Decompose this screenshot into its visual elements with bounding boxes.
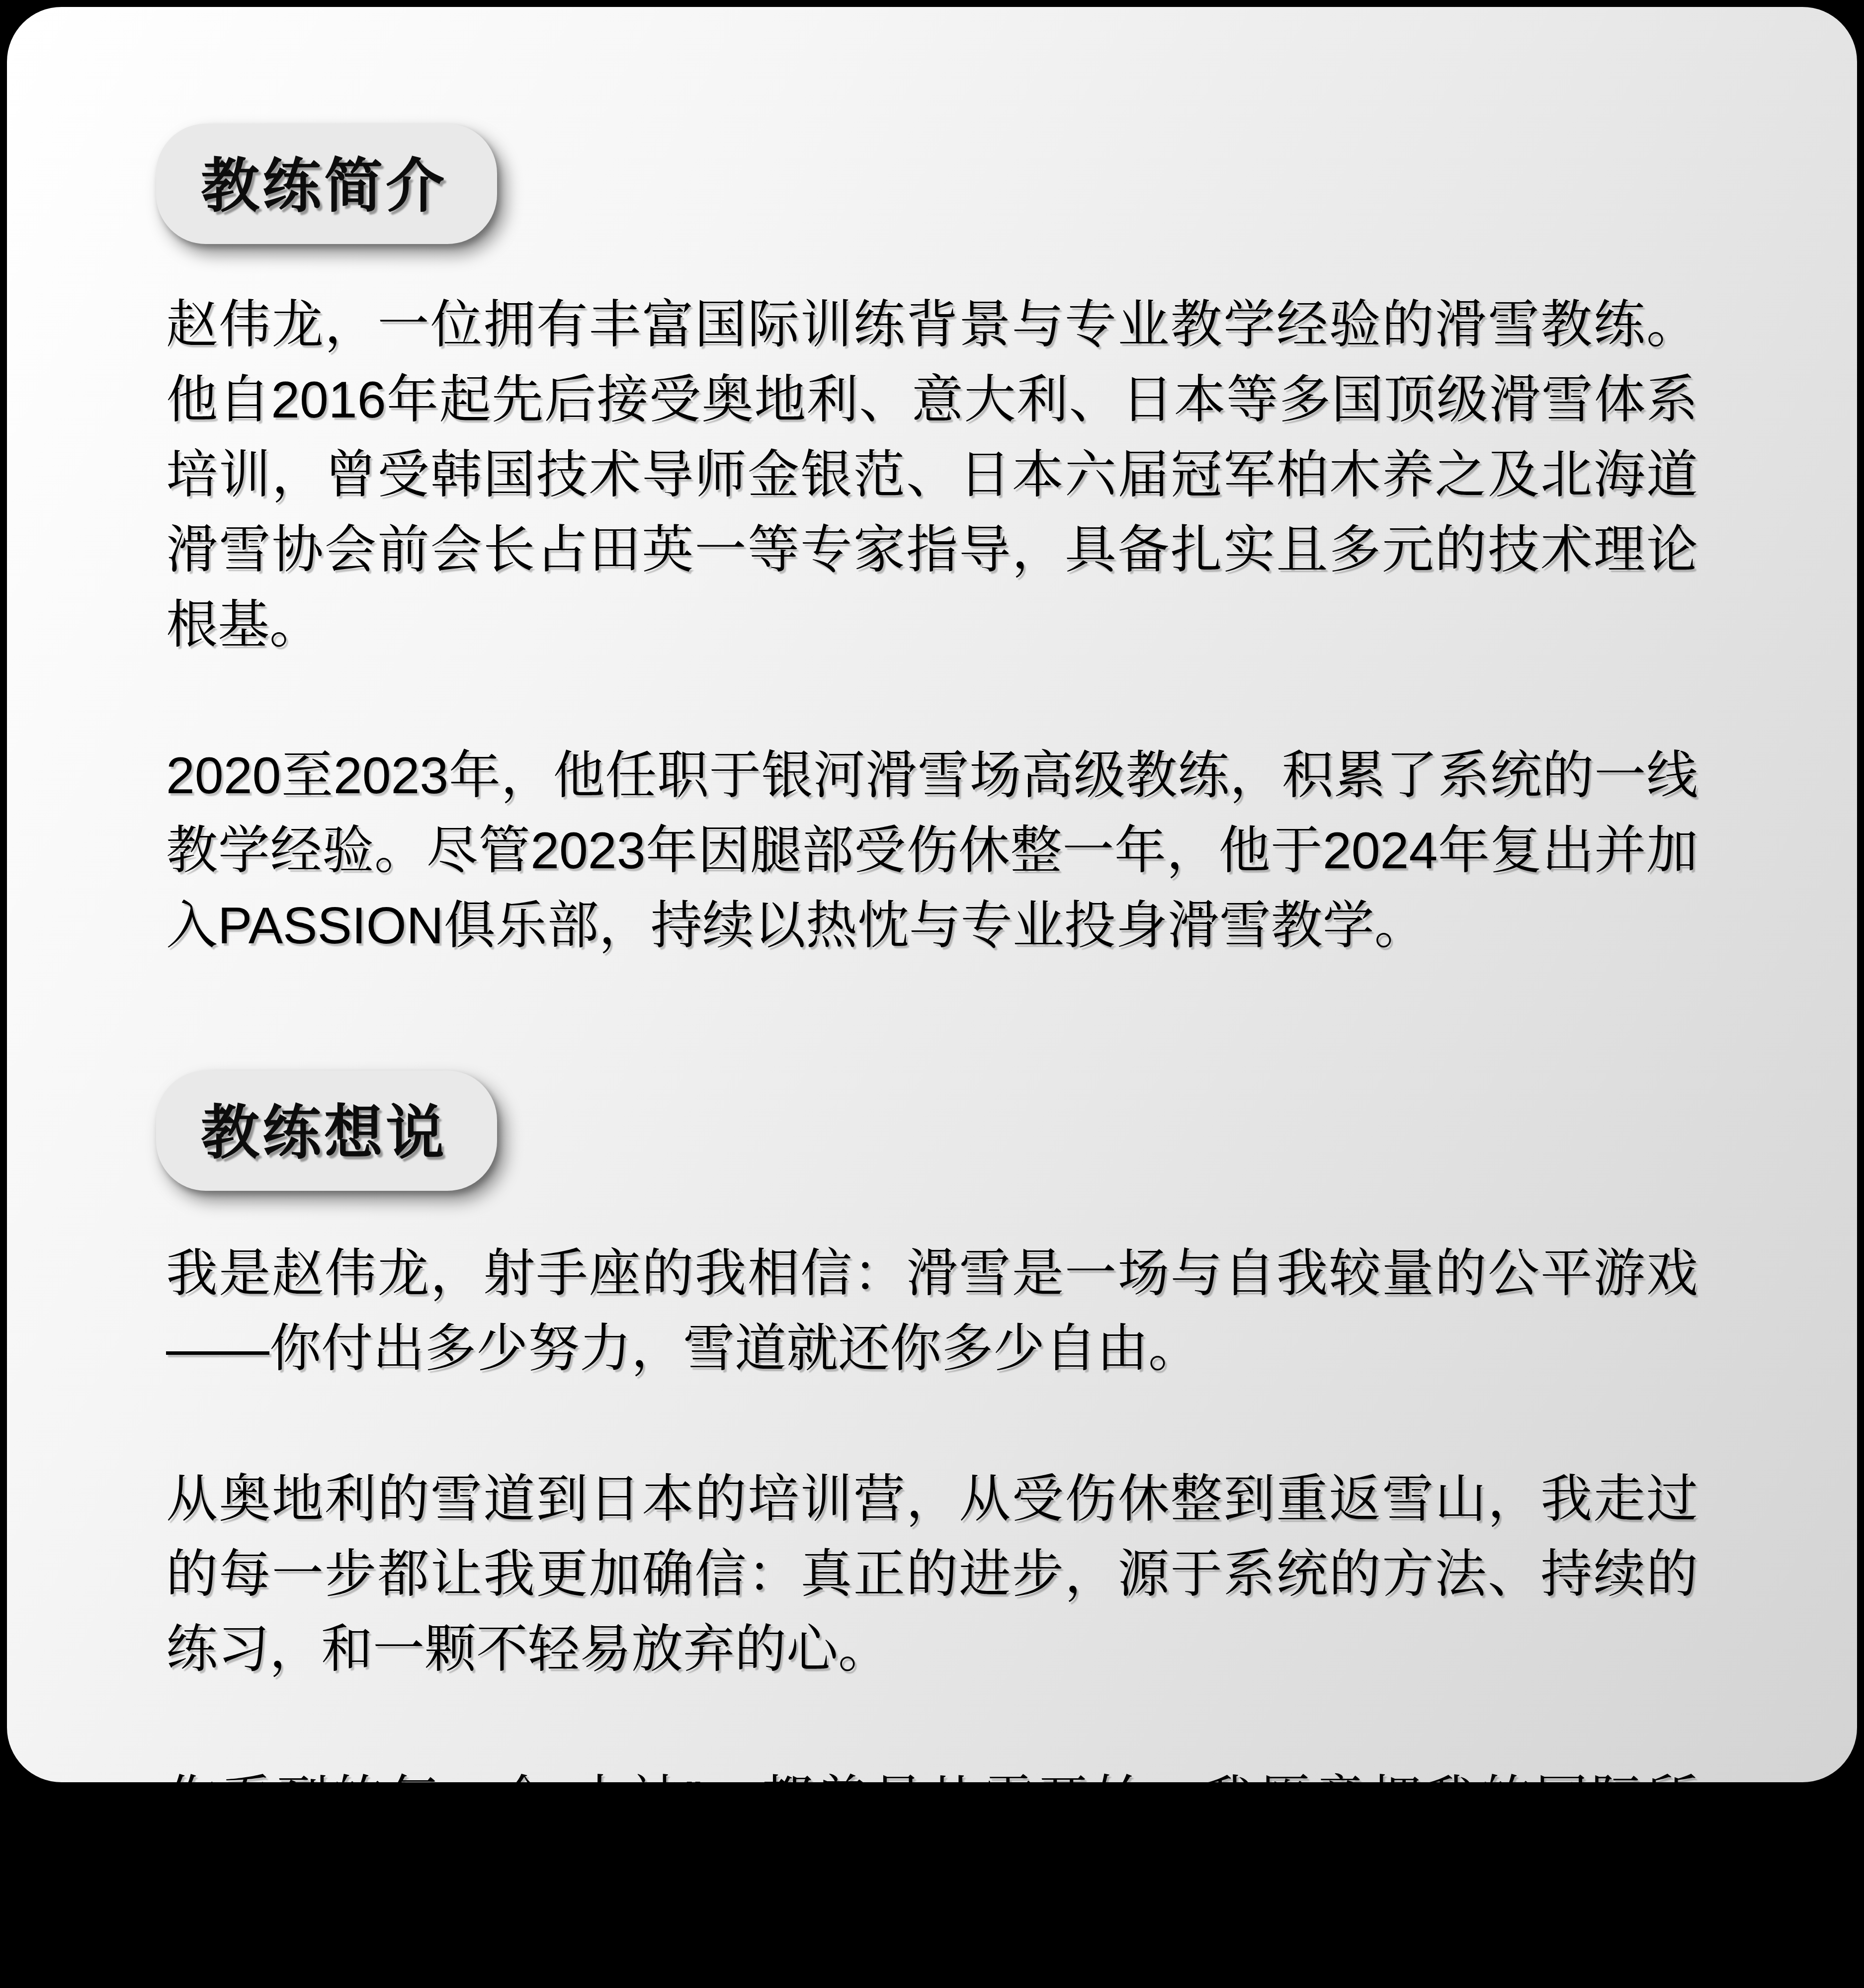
section-coach-intro: 教练简介 赵伟龙，一位拥有丰富国际训练背景与专业教学经验的滑雪教练。他自2016…: [166, 124, 1698, 964]
coach-profile-card: 教练简介 赵伟龙，一位拥有丰富国际训练背景与专业教学经验的滑雪教练。他自2016…: [7, 7, 1857, 1782]
coach-says-paragraph-3: 你看到的每一个“大神”，都曾是从零开始。我愿意把我的国际所学、所练、所悟，变成你…: [166, 1763, 1698, 1789]
badge-row-coach-intro: 教练简介: [166, 124, 1698, 288]
coach-says-badge: 教练想说: [156, 1071, 497, 1191]
coach-intro-paragraph-2: 2020至2023年，他任职于银河滑雪场高级教练，积累了系统的一线教学经验。尽管…: [166, 739, 1698, 964]
section-coach-says: 教练想说 我是赵伟龙，射手座的我相信：滑雪是一场与自我较量的公平游戏——你付出多…: [166, 1071, 1698, 1789]
coach-says-paragraph-2: 从奥地利的雪道到日本的培训营，从受伤休整到重返雪山，我走过的每一步都让我更加确信…: [166, 1462, 1698, 1687]
coach-intro-badge-label: 教练简介: [201, 154, 447, 219]
coach-says-badge-label: 教练想说: [201, 1100, 447, 1166]
coach-says-paragraph-1: 我是赵伟龙，射手座的我相信：滑雪是一场与自我较量的公平游戏——你付出多少努力，雪…: [166, 1237, 1698, 1387]
coach-intro-badge: 教练简介: [156, 124, 497, 244]
coach-intro-paragraph-1: 赵伟龙，一位拥有丰富国际训练背景与专业教学经验的滑雪教练。他自2016年起先后接…: [166, 288, 1698, 663]
page: { "colors": { "page_bg": "#000000", "car…: [0, 0, 1864, 1789]
badge-row-coach-says: 教练想说: [166, 1071, 1698, 1237]
